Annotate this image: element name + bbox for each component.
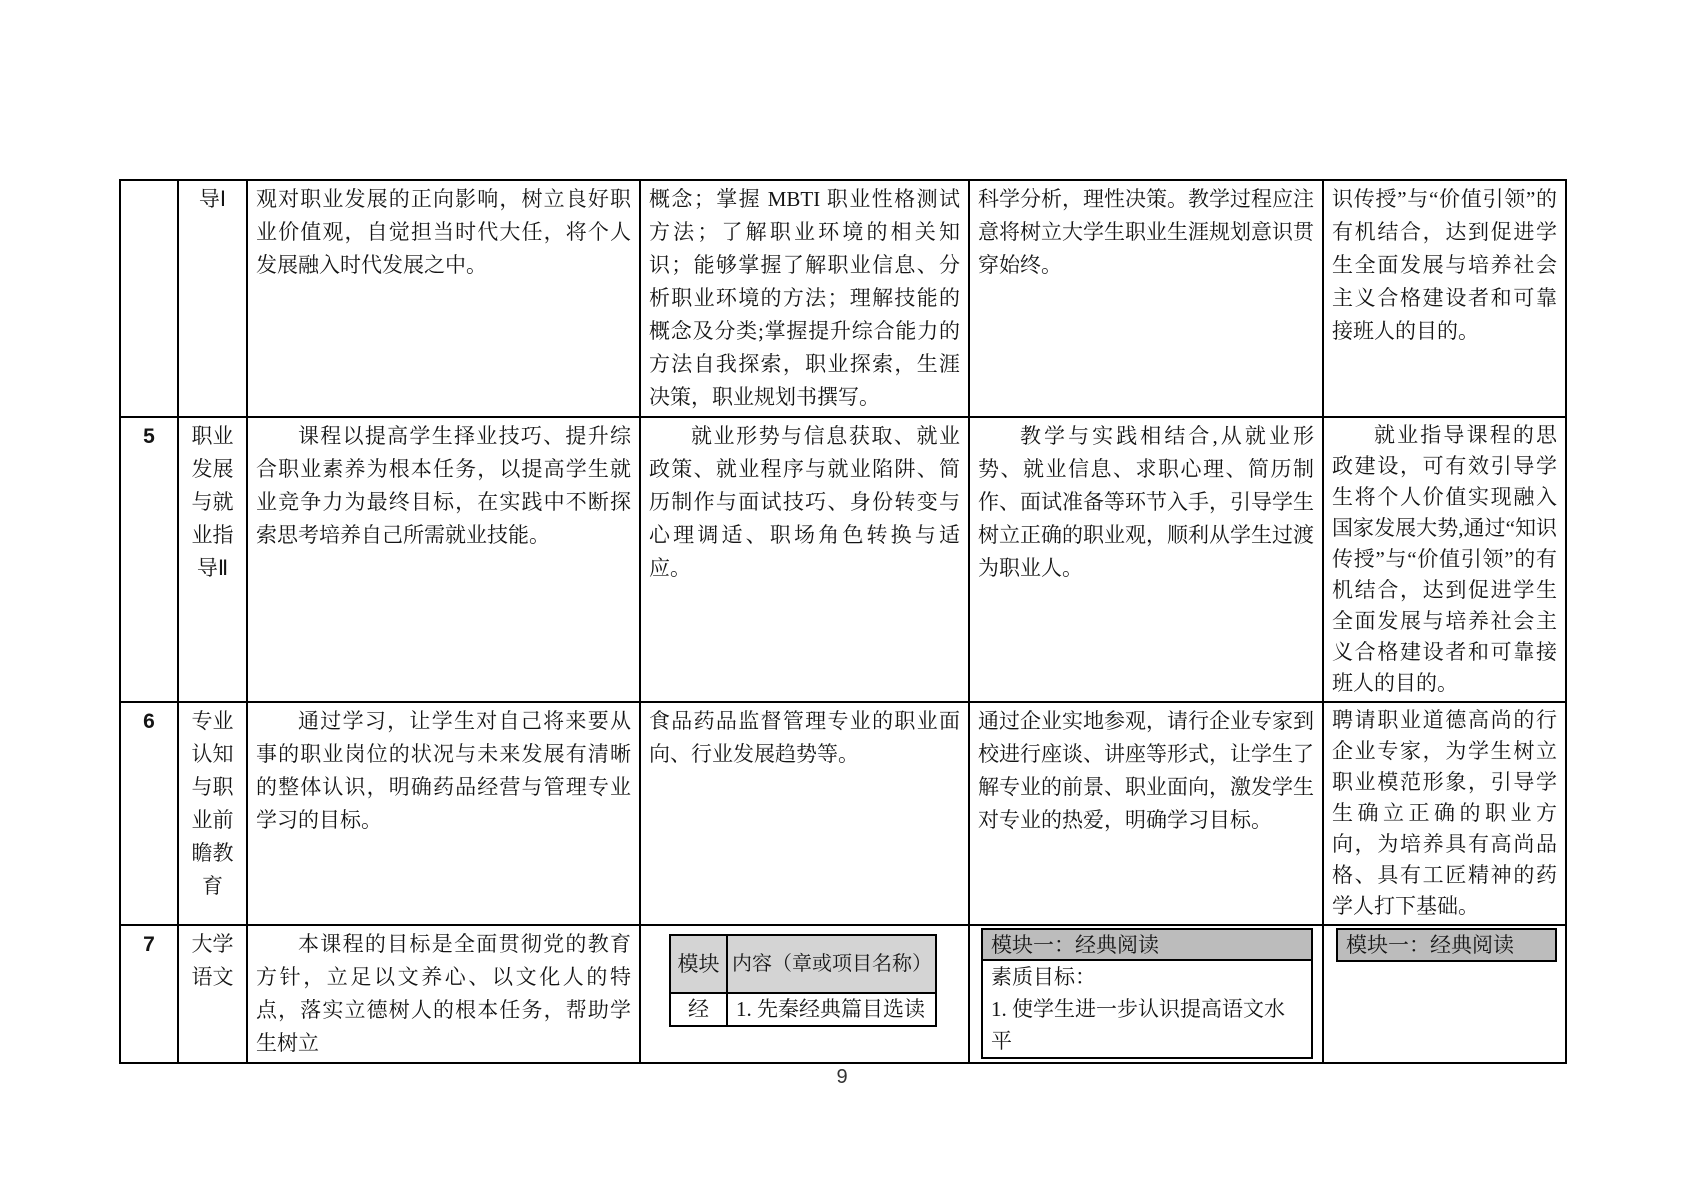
cell-row4-number bbox=[120, 180, 178, 417]
course-name: 职业发展与就业指导Ⅱ bbox=[187, 420, 238, 585]
cell-row7-ideology: 模块一：经典阅读 bbox=[1323, 925, 1566, 1063]
cell-row6-course: 专业认知与职业前瞻教育 bbox=[178, 702, 247, 925]
row-number: 7 bbox=[129, 928, 169, 961]
module-content-table: 模块 内容（章或项目名称） 经 1. 先秦经典篇目选读 bbox=[669, 934, 937, 1027]
cell-row5-course: 职业发展与就业指导Ⅱ bbox=[178, 417, 247, 702]
module-box: 模块一：经典阅读 素质目标： 1. 使学生进一步认识提高语文水平 bbox=[981, 928, 1313, 1059]
quality-goal-label: 素质目标： bbox=[991, 961, 1303, 993]
cell-row6-content: 食品药品监督管理专业的职业面向、行业发展趋势等。 bbox=[640, 702, 969, 925]
module-box-title: 模块一：经典阅读 bbox=[983, 930, 1311, 961]
table-row: 7 大学语文 本课程的目标是全面贯彻党的教育方针，立足以文养心、以文化人的特点，… bbox=[120, 925, 1566, 1063]
cell-row5-content: 就业形势与信息获取、就业政策、就业程序与就业陷阱、简历制作与面试技巧、身份转变与… bbox=[640, 417, 969, 702]
module-table-row: 经 1. 先秦经典篇目选读 bbox=[670, 993, 936, 1026]
content-column-header: 内容（章或项目名称） bbox=[727, 935, 936, 993]
course-goal-text: 课程以提高学生择业技巧、提升综合职业素养为根本任务，以提高学生就业竞争力为最终目… bbox=[256, 420, 631, 552]
ideology-text: 聘请职业道德高尚的行企业专家，为学生树立职业模范形象，引导学生确立正确的职业方向… bbox=[1332, 705, 1557, 922]
curriculum-table: 导Ⅰ 观对职业发展的正向影响，树立良好职业价值观，自觉担当时代大任，将个人发展融… bbox=[119, 179, 1567, 1064]
module-box-body: 素质目标： 1. 使学生进一步认识提高语文水平 bbox=[983, 961, 1311, 1057]
course-content-text: 就业形势与信息获取、就业政策、就业程序与就业陷阱、简历制作与面试技巧、身份转变与… bbox=[649, 420, 960, 585]
course-name: 专业认知与职业前瞻教育 bbox=[187, 705, 238, 903]
course-goal-text: 观对职业发展的正向影响，树立良好职业价值观，自觉担当时代大任，将个人发展融入时代… bbox=[256, 183, 631, 282]
teaching-method-text: 通过企业实地参观，请行企业专家到校进行座谈、讲座等形式，让学生了解专业的前景、职… bbox=[978, 705, 1314, 837]
module-strip: 模块一：经典阅读 bbox=[1336, 928, 1557, 962]
course-name: 导Ⅰ bbox=[187, 183, 238, 216]
cell-row7-number: 7 bbox=[120, 925, 178, 1063]
cell-row5-method: 教学与实践相结合,从就业形势、就业信息、求职心理、简历制作、面试准备等环节入手，… bbox=[969, 417, 1323, 702]
content-cell: 1. 先秦经典篇目选读 bbox=[727, 993, 936, 1026]
course-goal-text: 通过学习，让学生对自己将来要从事的职业岗位的状况与未来发展有清晰的整体认识，明确… bbox=[256, 705, 631, 837]
cell-row4-goal: 观对职业发展的正向影响，树立良好职业价值观，自觉担当时代大任，将个人发展融入时代… bbox=[247, 180, 640, 417]
cell-row4-course: 导Ⅰ bbox=[178, 180, 247, 417]
row-number: 5 bbox=[129, 420, 169, 453]
page-number: 9 bbox=[0, 1066, 1684, 1089]
teaching-method-text: 教学与实践相结合,从就业形势、就业信息、求职心理、简历制作、面试准备等环节入手，… bbox=[978, 420, 1314, 585]
quality-goal-item: 1. 使学生进一步认识提高语文水平 bbox=[991, 993, 1303, 1057]
module-table-header-row: 模块 内容（章或项目名称） bbox=[670, 935, 936, 993]
cell-row5-goal: 课程以提高学生择业技巧、提升综合职业素养为根本任务，以提高学生就业竞争力为最终目… bbox=[247, 417, 640, 702]
cell-row7-method: 模块一：经典阅读 素质目标： 1. 使学生进一步认识提高语文水平 bbox=[969, 925, 1323, 1063]
module-column-header: 模块 bbox=[670, 935, 727, 993]
cell-row7-course: 大学语文 bbox=[178, 925, 247, 1063]
table-row: 6 专业认知与职业前瞻教育 通过学习，让学生对自己将来要从事的职业岗位的状况与未… bbox=[120, 702, 1566, 925]
course-content-text: 食品药品监督管理专业的职业面向、行业发展趋势等。 bbox=[649, 705, 960, 771]
cell-row7-content: 模块 内容（章或项目名称） 经 1. 先秦经典篇目选读 bbox=[640, 925, 969, 1063]
cell-row6-goal: 通过学习，让学生对自己将来要从事的职业岗位的状况与未来发展有清晰的整体认识，明确… bbox=[247, 702, 640, 925]
table-row: 导Ⅰ 观对职业发展的正向影响，树立良好职业价值观，自觉担当时代大任，将个人发展融… bbox=[120, 180, 1566, 417]
document-page: 导Ⅰ 观对职业发展的正向影响，树立良好职业价值观，自觉担当时代大任，将个人发展融… bbox=[0, 0, 1684, 1191]
cell-row6-ideology: 聘请职业道德高尚的行企业专家，为学生树立职业模范形象，引导学生确立正确的职业方向… bbox=[1323, 702, 1566, 925]
course-name: 大学语文 bbox=[187, 928, 238, 994]
module-cell: 经 bbox=[670, 993, 727, 1026]
course-goal-text: 本课程的目标是全面贯彻党的教育方针，立足以文养心、以文化人的特点，落实立德树人的… bbox=[256, 928, 631, 1060]
cell-row4-method: 科学分析，理性决策。教学过程应注意将树立大学生职业生涯规划意识贯穿始终。 bbox=[969, 180, 1323, 417]
course-content-text: 概念；掌握 MBTI 职业性格测试方法；了解职业环境的相关知识；能够掌握了解职业… bbox=[649, 183, 960, 414]
teaching-method-text: 科学分析，理性决策。教学过程应注意将树立大学生职业生涯规划意识贯穿始终。 bbox=[978, 183, 1314, 282]
ideology-text: 识传授”与“价值引领”的有机结合，达到促进学生全面发展与培养社会主义合格建设者和… bbox=[1332, 183, 1557, 348]
cell-row6-number: 6 bbox=[120, 702, 178, 925]
cell-row5-ideology: 就业指导课程的思政建设，可有效引导学生将个人价值实现融入国家发展大势,通过“知识… bbox=[1323, 417, 1566, 702]
cell-row5-number: 5 bbox=[120, 417, 178, 702]
cell-row4-content: 概念；掌握 MBTI 职业性格测试方法；了解职业环境的相关知识；能够掌握了解职业… bbox=[640, 180, 969, 417]
cell-row7-goal: 本课程的目标是全面贯彻党的教育方针，立足以文养心、以文化人的特点，落实立德树人的… bbox=[247, 925, 640, 1063]
cell-row6-method: 通过企业实地参观，请行企业专家到校进行座谈、讲座等形式，让学生了解专业的前景、职… bbox=[969, 702, 1323, 925]
table-row: 5 职业发展与就业指导Ⅱ 课程以提高学生择业技巧、提升综合职业素养为根本任务，以… bbox=[120, 417, 1566, 702]
row-number: 6 bbox=[129, 705, 169, 738]
cell-row4-ideology: 识传授”与“价值引领”的有机结合，达到促进学生全面发展与培养社会主义合格建设者和… bbox=[1323, 180, 1566, 417]
ideology-text: 就业指导课程的思政建设，可有效引导学生将个人价值实现融入国家发展大势,通过“知识… bbox=[1332, 420, 1557, 699]
